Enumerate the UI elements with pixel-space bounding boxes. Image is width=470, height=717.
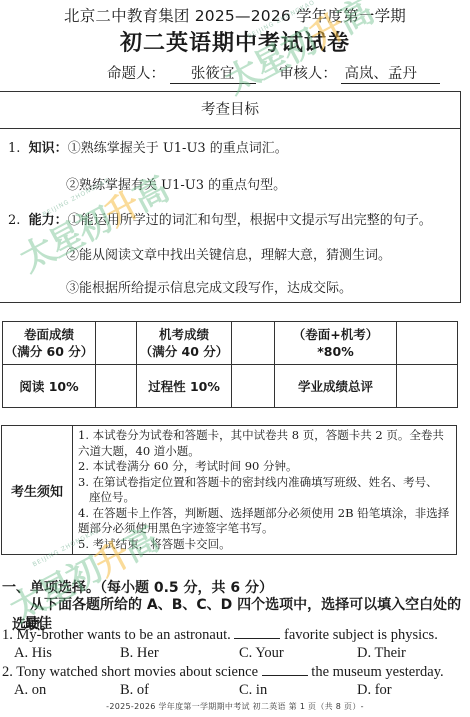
objective-item: 1. 知识：①熟练掌握关于 U1-U3 的重点词汇。 [8,137,288,156]
notice-line: 3. 在第试卷指定位置和答题卡的密封线内准确填写班级、姓名、考号、 [78,475,450,491]
score-label-cell: 机考成绩 （满分 40 分） [137,322,232,365]
option-d[interactable]: D. Their [357,645,406,662]
score-label-cell: 学业成绩总评 [275,365,397,408]
notice-label: 考生须知 [2,426,73,555]
notice-table: 考生须知 1. 本试卷分为试卷和答题卡，其中试卷共 8 页，答题卡共 2 页。全… [1,425,457,555]
score-value-cell[interactable] [397,322,458,365]
option-c[interactable]: C. Your [239,645,284,662]
answer-blank[interactable] [234,626,280,639]
objective-item: ③能根据所给提示信息完成文段写作，达成交际。 [66,277,352,296]
score-table: 卷面成绩 （满分 60 分） 机考成绩 （满分 40 分） （卷面+机考）*80… [2,321,458,408]
option-a[interactable]: A. His [14,645,52,662]
notice-line: 2. 本试卷满分 60 分，考试时间 90 分钟。 [78,459,450,475]
question-text: Tony watched short movies about science [16,664,258,680]
objective-category: 能力： [29,213,68,228]
score-value-cell[interactable] [232,365,275,408]
objectives-heading: 考查目标 [0,92,460,129]
objectives-box: 考查目标 1. 知识：①熟练掌握关于 U1-U3 的重点词汇。 ②熟练掌握有关 … [0,91,461,303]
score-row: 阅读 10% 过程性 10% 学业成绩总评 [3,365,458,408]
objective-text: ③能根据所给提示信息完成文段写作，达成交际。 [66,281,352,296]
reviewer-names: 高岚、孟丹 [341,62,440,84]
exam-title: 初二英语期中考试试卷 [0,26,470,57]
score-row: 卷面成绩 （满分 60 分） 机考成绩 （满分 40 分） （卷面+机考）*80… [3,322,458,365]
objective-number: 1. [8,141,20,156]
question-text: the museum yesterday. [311,664,443,680]
score-label-cell: （卷面+机考）*80% [275,322,397,365]
option-b[interactable]: B. Her [120,645,159,662]
objective-item: ②能从阅读文章中找出关键信息，理解大意，猜测生词。 [66,244,391,263]
question-text: My-brother wants to be an astronaut. [17,627,231,643]
notice-line: 题部分必须使用黑色字迹签字笔书写。 [78,521,450,537]
option-d[interactable]: D. for [357,682,392,699]
school-term-line: 北京二中教育集团 2025—2026 学年度第一学期 [0,4,470,26]
notice-line: 5. 考试结束，将答题卡交回。 [78,537,450,553]
score-label-cell: 阅读 10% [3,365,96,408]
reviewer-label: 审核人： [279,66,337,82]
notice-line: 座位号。 [78,490,450,506]
question-1: 1. My-brother wants to be an astronaut. … [2,626,438,644]
score-value-cell[interactable] [397,365,458,408]
author-name: 张筱宜 [170,62,256,84]
page-footer: -2025-2026 学年度第一学期期中考试 初二英语 第 1 页（共 8 页）… [0,701,470,712]
objective-text: ②熟练掌握有关 U1-U3 的重点句型。 [66,178,286,193]
notice-line: 六道大题，40 道小题。 [78,444,450,460]
objective-number: 2. [8,213,20,228]
score-label-cell: 过程性 10% [137,365,232,408]
option-c[interactable]: C. in [239,682,267,699]
question-text: favorite subject is physics. [284,627,438,643]
objective-item: 2. 能力：①能运用所学过的词汇和句型，根据中文提示写出完整的句子。 [8,209,432,228]
objective-text: ①能运用所学过的词汇和句型，根据中文提示写出完整的句子。 [68,213,432,228]
section-title: 一、单项选择。（每小题 0.5 分，共 6 分） [2,577,273,597]
score-label-cell: 卷面成绩 （满分 60 分） [3,322,96,365]
authors-line: 命题人： 张筱宜 审核人： 高岚、孟丹 [107,62,440,84]
objective-item: ②熟练掌握有关 U1-U3 的重点句型。 [66,174,286,193]
objective-text: ②能从阅读文章中找出关键信息，理解大意，猜测生词。 [66,248,391,263]
option-b[interactable]: B. of [120,682,149,699]
option-a[interactable]: A. on [14,682,46,699]
notice-body: 1. 本试卷分为试卷和答题卡，其中试卷共 8 页，答题卡共 2 页。全卷共 六道… [73,426,457,555]
score-value-cell[interactable] [96,365,137,408]
question-2: 2. Tony watched short movies about scien… [2,663,444,681]
question-number: 2. [2,664,13,680]
question-number: 1. [2,627,13,643]
score-value-cell[interactable] [96,322,137,365]
notice-line: 4. 在答题卡上作答，判断题、选择题部分必须使用 2B 铅笔填涂，非选择 [78,506,450,522]
author-label: 命题人： [107,66,165,82]
objective-category: 知识： [29,141,68,156]
score-value-cell[interactable] [232,322,275,365]
objective-text: ①熟练掌握关于 U1-U3 的重点词汇。 [68,141,288,156]
notice-line: 1. 本试卷分为试卷和答题卡，其中试卷共 8 页，答题卡共 2 页。全卷共 [78,428,450,444]
answer-blank[interactable] [262,663,308,676]
